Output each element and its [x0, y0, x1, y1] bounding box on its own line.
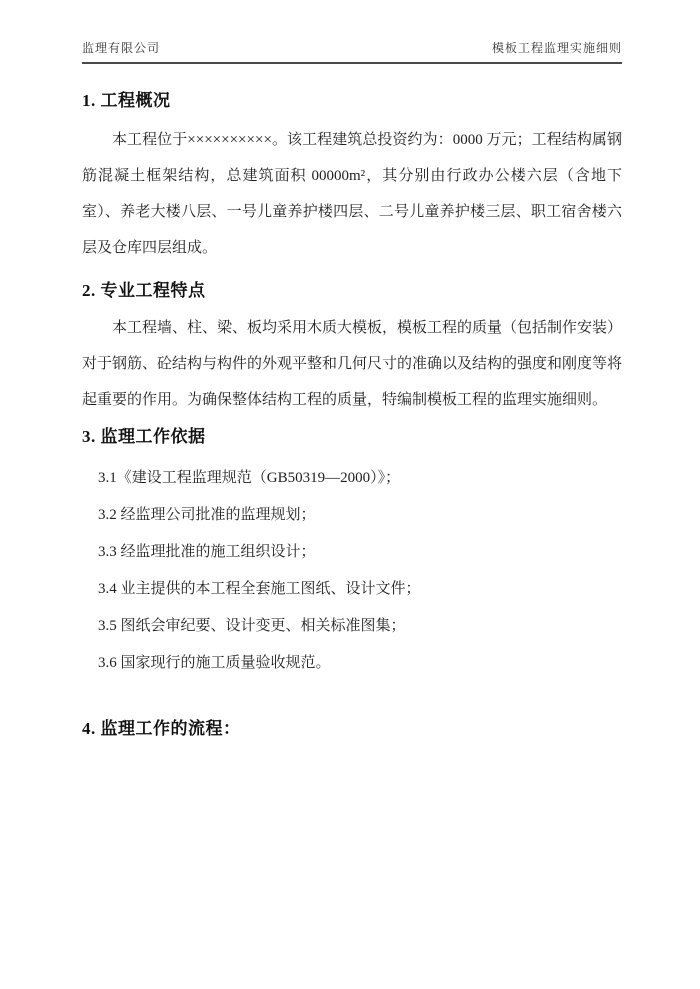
header-document-title: 模板工程监理实施细则 [492, 40, 622, 56]
reference-list: 3.1《建设工程监理规范（GB50319—2000）》； 3.2 经监理公司批准… [82, 460, 622, 682]
section-2-heading: 2. 专业工程特点 [82, 280, 622, 302]
section-1-heading: 1. 工程概况 [82, 90, 622, 112]
reference-item: 3.4 业主提供的本工程全套施工图纸、设计文件； [98, 571, 622, 608]
page-header: 监理有限公司 模板工程监理实施细则 [82, 40, 622, 64]
section-2-paragraph: 本工程墙、柱、梁、板均采用木质大模板，模板工程的质量（包括制作安装）对于钢筋、砼… [82, 310, 622, 418]
reference-item: 3.5 图纸会审纪要、设计变更、相关标准图集； [98, 608, 622, 645]
section-4-heading: 4. 监理工作的流程： [82, 718, 622, 740]
reference-item: 3.6 国家现行的施工质量验收规范。 [98, 645, 622, 682]
reference-item: 3.3 经监理批准的施工组织设计； [98, 534, 622, 571]
reference-item: 3.2 经监理公司批准的监理规划； [98, 497, 622, 534]
section-3-heading: 3. 监理工作依据 [82, 426, 622, 448]
section-1-paragraph: 本工程位于××××××××××。该工程建筑总投资约为：0000 万元；工程结构属… [82, 122, 622, 266]
document-page: 监理有限公司 模板工程监理实施细则 1. 工程概况 本工程位于×××××××××… [0, 0, 700, 989]
header-company-name: 监理有限公司 [82, 40, 160, 56]
reference-item: 3.1《建设工程监理规范（GB50319—2000）》； [98, 460, 622, 497]
